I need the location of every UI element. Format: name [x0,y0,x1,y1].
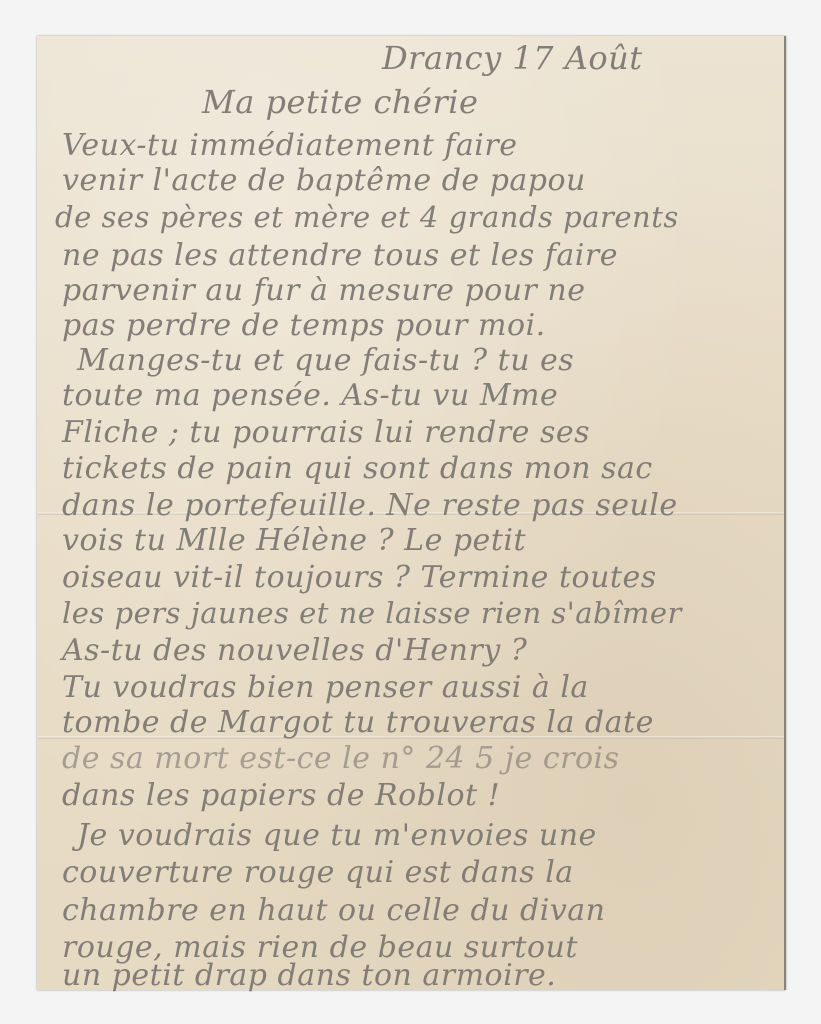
letter-line: Fliche ; tu pourrais lui rendre ses [62,418,590,448]
letter-date: Drancy 17 Août [382,42,643,74]
letter-line: Je voudrais que tu m'envoies une [77,821,597,851]
letter-salutation: Ma petite chérie [202,86,478,118]
letter-line: pas perdre de temps pour moi. [62,311,546,341]
letter-line: Tu voudras bien penser aussi à la [62,673,589,703]
letter-line: les pers jaunes et ne laisse rien s'abîm… [62,599,682,628]
letter-line: venir l'acte de baptême de papou [62,166,586,196]
letter-line: dans le portefeuille. Ne reste pas seule [62,491,678,521]
letter-line: oiseau vit-il toujours ? Termine toutes [62,563,657,593]
letter-line: As-tu des nouvelles d'Henry ? [62,636,527,666]
letter-card: Drancy 17 Août Ma petite chérie Veux-tu … [37,36,786,990]
letter-line: couverture rouge qui est dans la [62,858,574,888]
letter-line: de sa mort est-ce le n° 24 5 je crois [62,744,620,774]
letter-line: chambre en haut ou celle du divan [62,896,606,926]
letter-line: vois tu Mlle Hélène ? Le petit [62,526,526,556]
letter-line: Manges-tu et que fais-tu ? tu es [77,346,574,376]
letter-line: ne pas les attendre tous et les faire [62,241,618,271]
letter-line: tickets de pain qui sont dans mon sac [62,454,653,484]
letter-line: un petit drap dans ton armoire. [62,961,556,991]
letter-line: tombe de Margot tu trouveras la date [62,708,654,738]
letter-line: de ses pères et mère et 4 grands parents [55,203,679,232]
letter-line: parvenir au fur à mesure pour ne [62,276,585,306]
letter-line: Veux-tu immédiatement faire [62,131,517,161]
letter-line: dans les papiers de Roblot ! [62,781,500,811]
letter-line: toute ma pensée. As-tu vu Mme [62,381,558,411]
